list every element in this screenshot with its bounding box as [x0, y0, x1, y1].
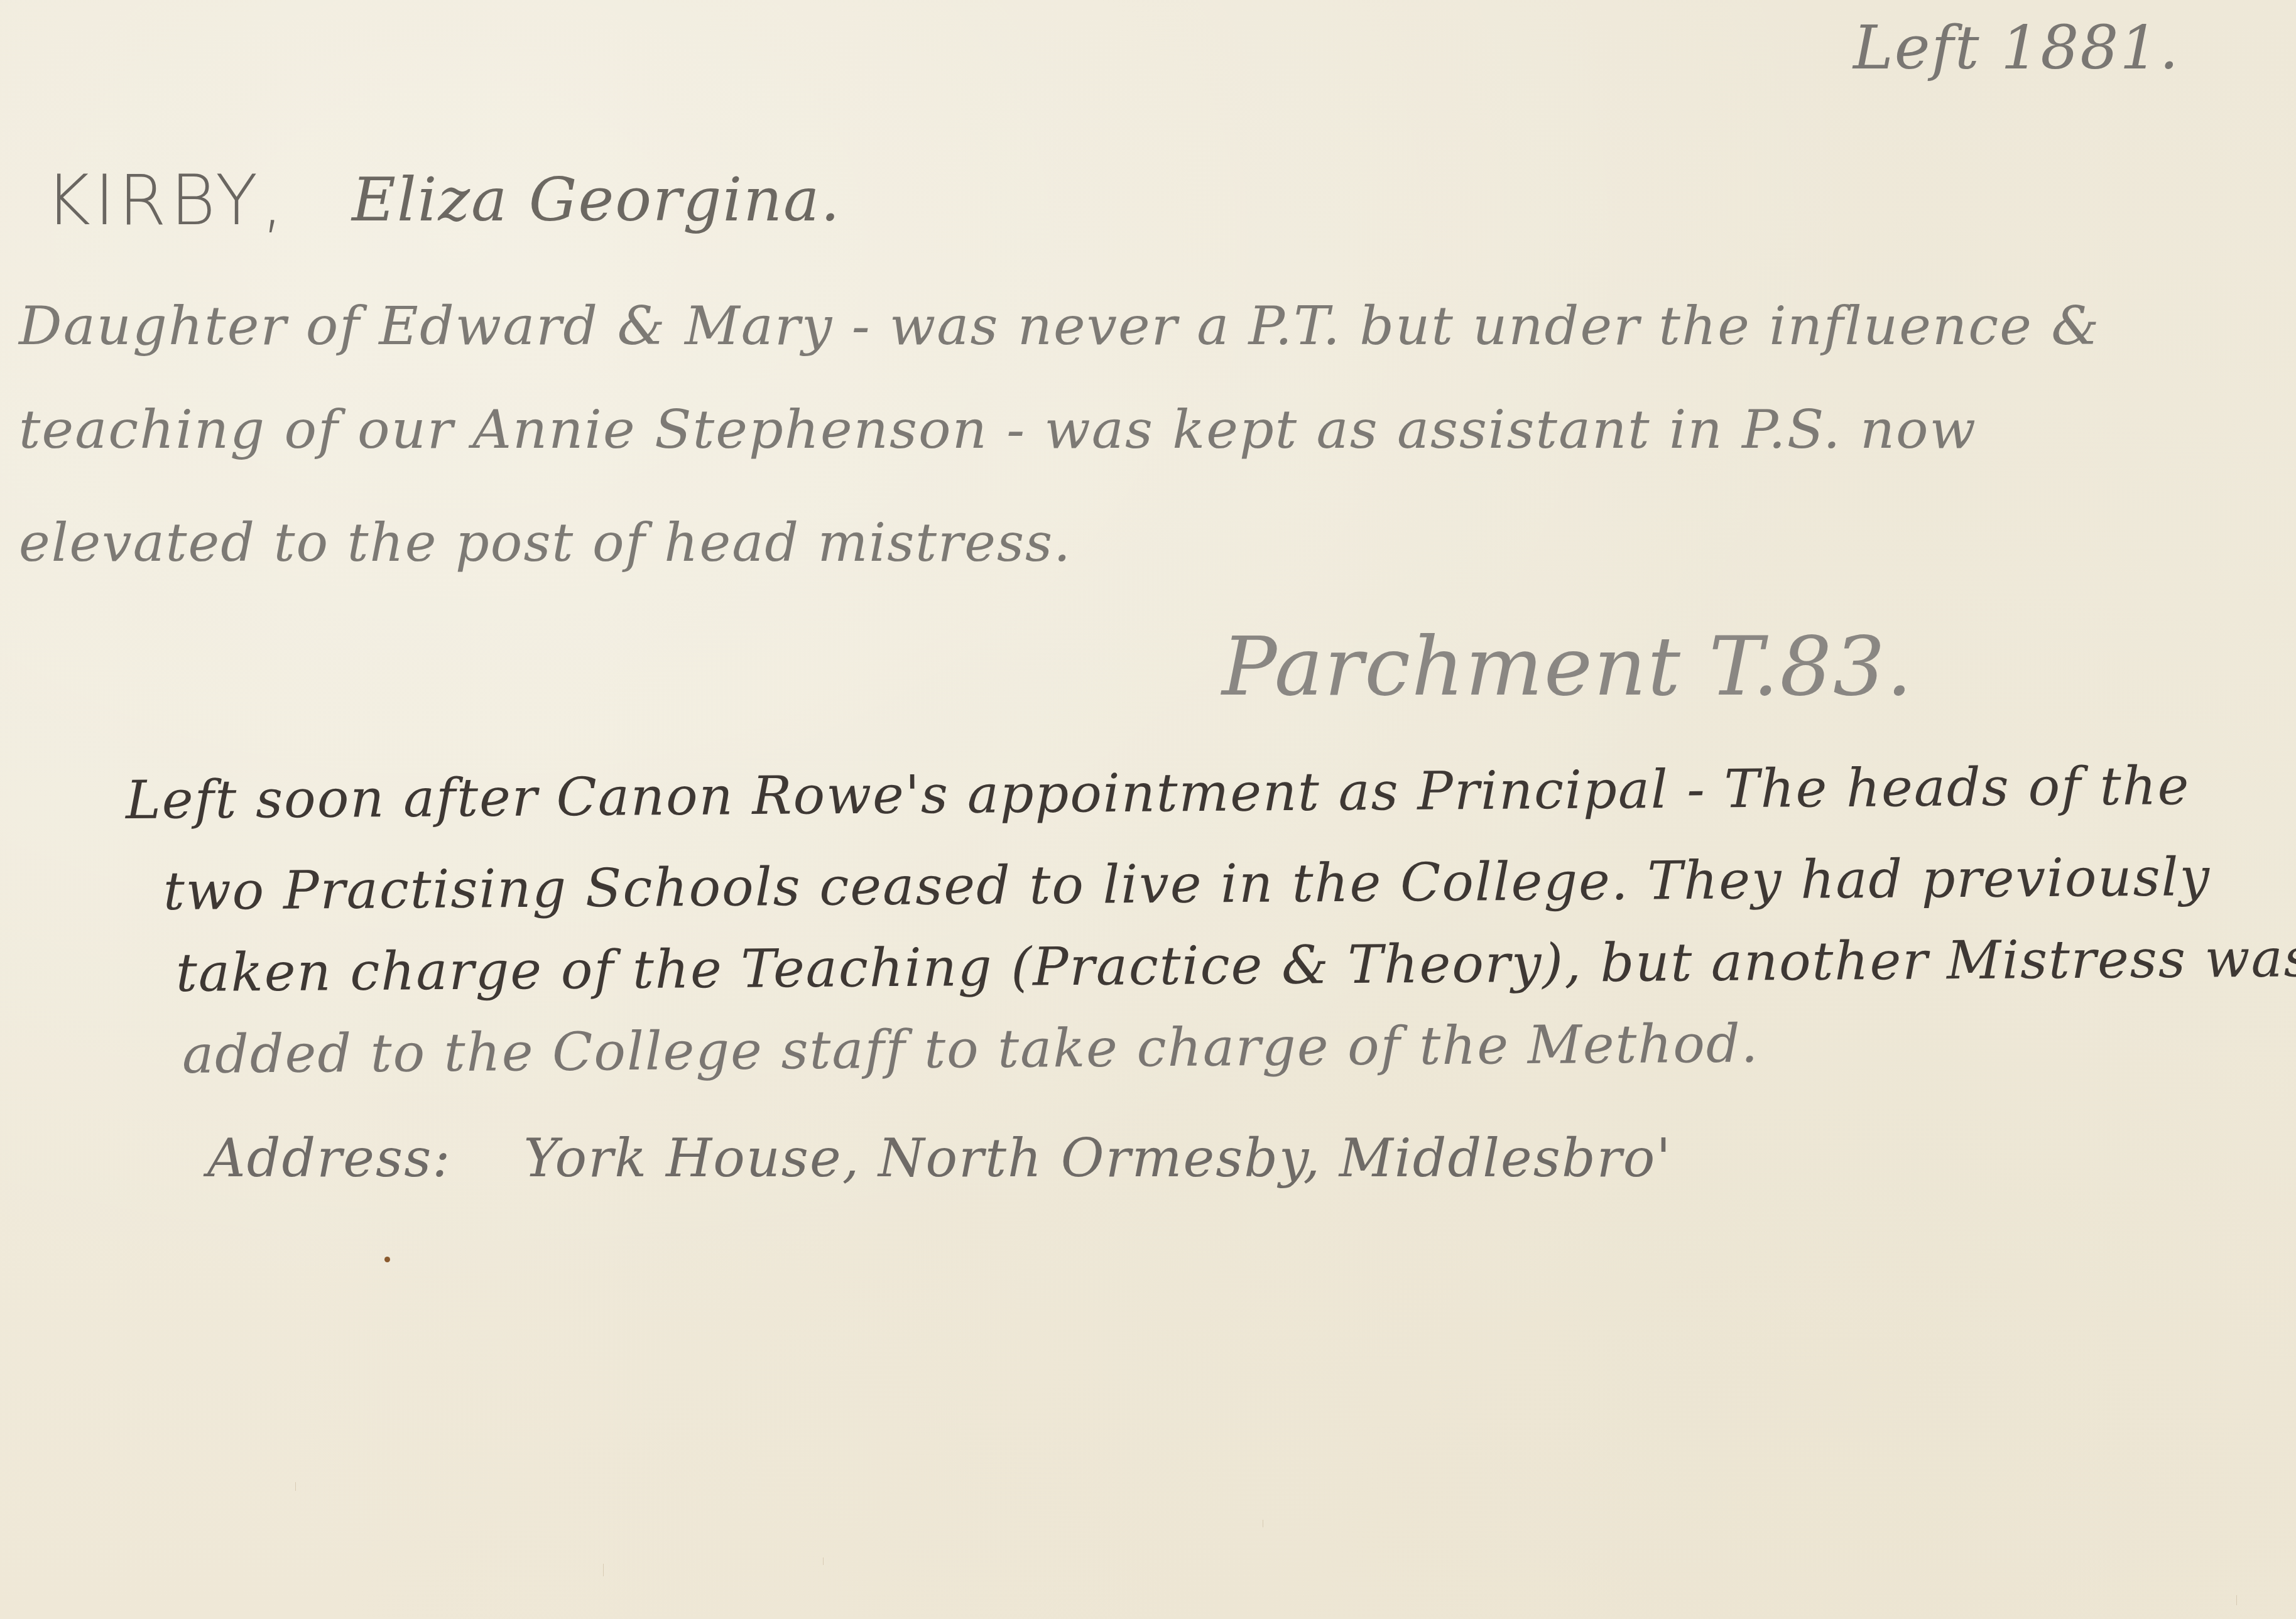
paper-fiber [823, 1557, 824, 1565]
later-note-line: two Practising Schools ceased to live in… [163, 846, 2211, 922]
date-left-note: Left 1881. [1853, 13, 2180, 83]
later-note-line: taken charge of the Teaching (Practice &… [176, 927, 2296, 1004]
biography-line: teaching of our Annie Stephenson - was k… [19, 399, 1977, 460]
paper-fiber [1263, 1520, 1263, 1527]
biography-line: Daughter of Edward & Mary - was never a … [19, 295, 2101, 357]
given-names: Eliza Georgina. [352, 165, 841, 235]
later-note-line: added to the College staff to take charg… [182, 1012, 1760, 1085]
address-value: York House, North Ormesby, Middlesbro' [523, 1127, 1672, 1189]
surname: KIRBY, [45, 160, 287, 241]
paper-fiber [603, 1564, 604, 1576]
manuscript-page: Left 1881. KIRBY, Eliza Georgina. Daught… [0, 0, 2296, 1619]
address-label: Address: [207, 1127, 452, 1189]
parchment-entry: Parchment T.83. [1222, 619, 1913, 714]
paper-fiber [295, 1482, 296, 1491]
biography-line: elevated to the post of head mistress. [19, 512, 1072, 573]
ink-speck [384, 1257, 390, 1262]
address-line: Address: York House, North Ormesby, Midd… [207, 1127, 1672, 1189]
paper-fiber [2236, 1595, 2237, 1605]
later-note-line: Left soon after Canon Rowe's appointment… [126, 755, 2190, 831]
